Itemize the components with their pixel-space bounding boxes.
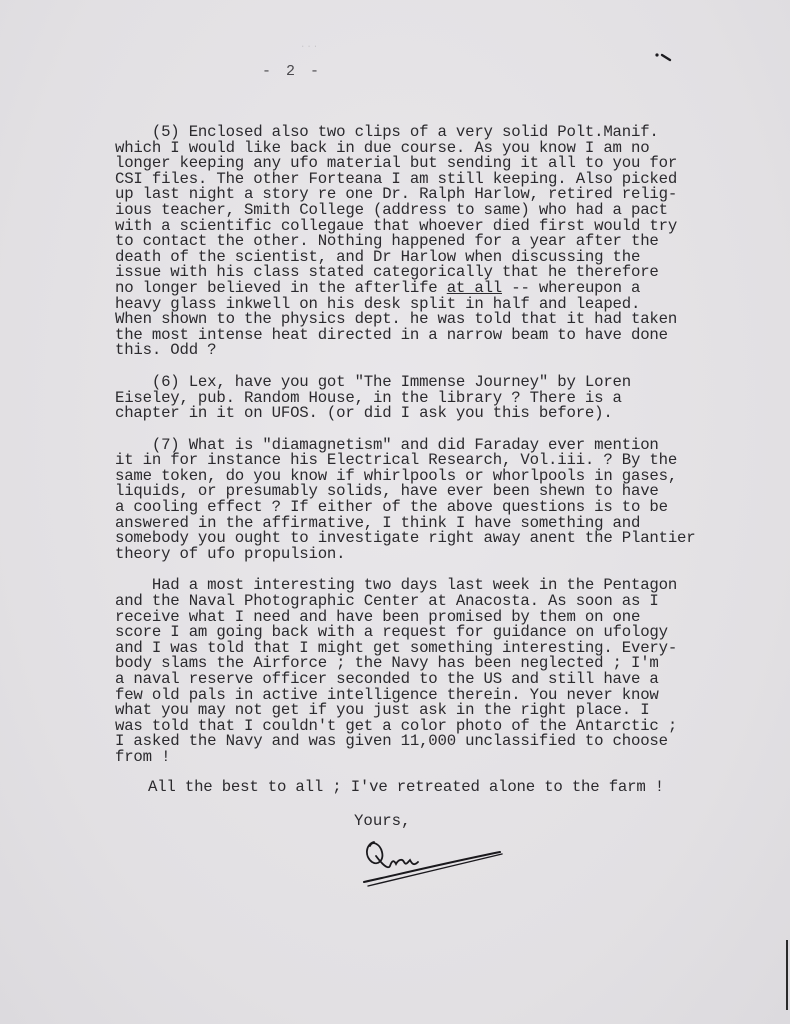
closing-line: All the best to all ; I've retreated alo… [148,778,664,796]
paragraph-item-6: (6) Lex, have you got "The Immense Journ… [115,375,715,422]
text-line: this. Odd ? [115,343,715,359]
paragraph-item-7: (7) What is "diamagnetism" and did Farad… [115,438,715,563]
text-line: chapter in it on UFOS. (or did I ask you… [115,406,715,422]
handwritten-signature [360,830,510,905]
bleed-through-marks: ... [300,40,319,50]
letter-page: ... - 2 - (5) Enclosed also two clips of… [0,0,790,1024]
valediction: Yours, [354,812,410,830]
text-line: from ! [115,750,715,766]
ink-mark-icon [654,52,674,62]
letter-body: (5) Enclosed also two clips of a very so… [115,125,715,766]
page-number: - 2 - [262,63,322,80]
scan-edge-line [786,940,788,1010]
paragraph-pentagon-visit: Had a most interesting two days last wee… [115,578,715,765]
paragraph-item-5: (5) Enclosed also two clips of a very so… [115,125,715,359]
text-line: theory of ufo propulsion. [115,547,715,563]
text-line: I asked the Navy and was given 11,000 un… [115,734,715,750]
